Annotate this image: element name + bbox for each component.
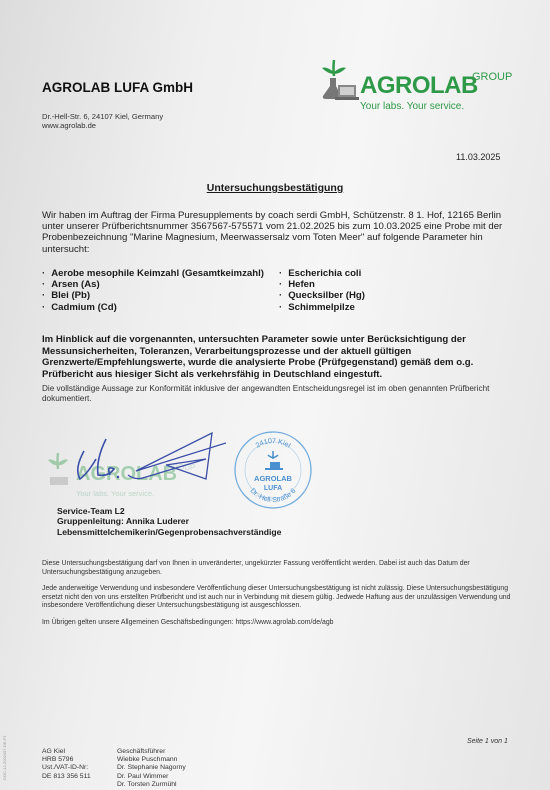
parameter-list: Aerobe mesophile Keimzahl (Gesamtkeimzah… [42, 268, 365, 313]
handwritten-signature [66, 429, 226, 499]
conformity-note: Die vollständige Aussage zur Konformität… [42, 384, 517, 405]
footer-registry: AG Kiel HRB 5796 Ust./VAT-ID-Nr: DE 813 … [42, 748, 91, 781]
footer-management-line: Wiebke Puschmann [117, 756, 186, 764]
footer-management-line: Geschäftsführer [117, 748, 186, 756]
lab-flask-plant-icon [320, 58, 360, 102]
parameter-column-right: Escherichia coli Hefen Quecksilber (Hg) … [279, 268, 365, 313]
document-code: DOC-12-2002057-DE-P1 [2, 735, 7, 780]
parameter-item: Blei (Pb) [42, 290, 279, 301]
signatory-block: Service-Team L2 Gruppenleitung: Annika L… [57, 506, 281, 537]
footer-management: Geschäftsführer Wiebke Puschmann Dr. Ste… [117, 748, 186, 789]
stamp-name1: AGROLAB [254, 474, 292, 483]
page-number: Seite 1 von 1 [467, 738, 508, 745]
verdict-paragraph: Im Hinblick auf die vorgenannten, unters… [42, 334, 517, 380]
legal-publication-note: Diese Untersuchungsbestätigung darf von … [42, 560, 517, 577]
document-title: Untersuchungsbestätigung [0, 182, 550, 194]
svg-text:24107 Kiel: 24107 Kiel [255, 438, 292, 450]
company-name: AGROLAB LUFA GmbH [42, 80, 193, 95]
intro-paragraph: Wir haben im Auftrag der Firma Puresuppl… [42, 210, 512, 255]
parameter-item: Schimmelpilze [279, 302, 365, 313]
logo-wordmark: AGROLAB [360, 72, 478, 100]
footer-registry-line: Ust./VAT-ID-Nr: [42, 764, 91, 772]
legal-usage-note: Jede anderweitige Verwendung und insbeso… [42, 585, 517, 611]
footer-management-line: Dr. Torsten Zurmühl [117, 781, 186, 789]
signatory-role: Lebensmittelchemikerin/Gegenprobensachve… [57, 527, 281, 537]
parameter-item: Hefen [279, 279, 365, 290]
logo-group-label: GROUP [472, 71, 512, 83]
footer-management-line: Dr. Stephanie Nagorny [117, 764, 186, 772]
parameter-item: Cadmium (Cd) [42, 302, 279, 313]
group-lead: Gruppenleitung: Annika Luderer [57, 516, 281, 526]
company-address-block: Dr.-Hell-Str. 6, 24107 Kiel, Germany www… [42, 112, 163, 130]
service-team: Service-Team L2 [57, 506, 281, 516]
footer-management-line: Dr. Paul Wimmer [117, 773, 186, 781]
footer-registry-line: DE 813 356 511 [42, 773, 91, 781]
parameter-item: Quecksilber (Hg) [279, 290, 365, 301]
company-website: www.agrolab.de [42, 121, 163, 130]
agrolab-logo: AGROLAB GROUP Your labs. Your service. [320, 52, 540, 118]
parameter-item: Aerobe mesophile Keimzahl (Gesamtkeimzah… [42, 268, 279, 279]
footer-registry-line: AG Kiel [42, 748, 91, 756]
document-date: 11.03.2025 [456, 152, 500, 162]
terms-note: Im Übrigen gelten unsere Allgemeinen Ges… [42, 619, 517, 628]
company-address: Dr.-Hell-Str. 6, 24107 Kiel, Germany [42, 112, 163, 121]
stamp-top-text: 24107 Kiel [255, 438, 292, 450]
logo-tagline: Your labs. Your service. [360, 101, 464, 112]
parameter-item: Arsen (As) [42, 279, 279, 290]
footer-registry-line: HRB 5796 [42, 756, 91, 764]
parameter-column-left: Aerobe mesophile Keimzahl (Gesamtkeimzah… [42, 268, 279, 313]
company-stamp: 24107 Kiel Dr.-Hell-Straße 6 AGROLAB LUF… [232, 429, 314, 511]
stamp-name2: LUFA [264, 485, 282, 492]
parameter-item: Escherichia coli [279, 268, 365, 279]
